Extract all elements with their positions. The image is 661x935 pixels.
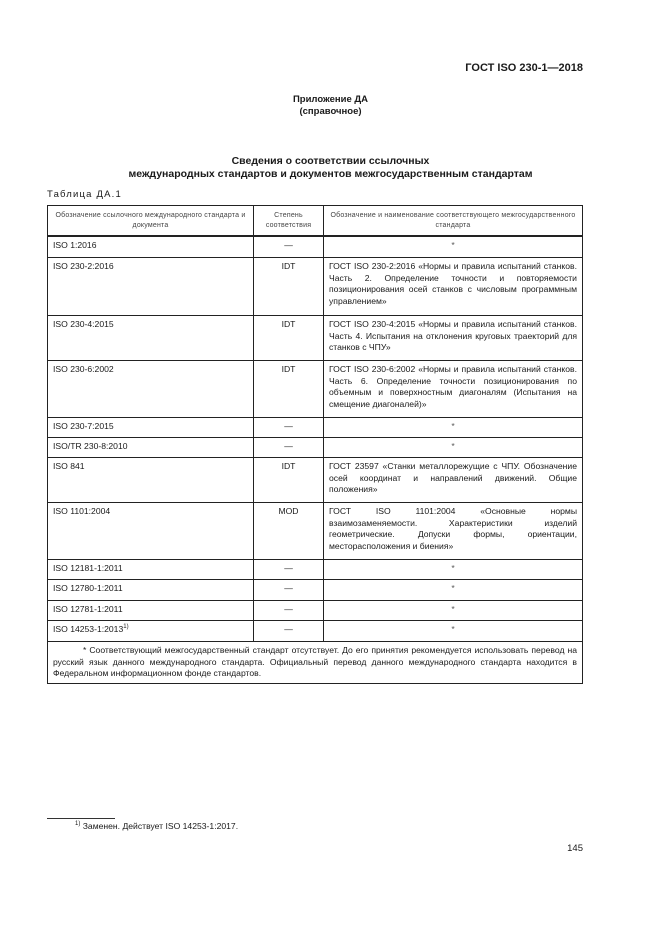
ref-standard-cell: ISO 841 [48, 458, 254, 503]
table-row: ISO 14253-1:20131)—* [48, 621, 583, 642]
gost-standard-cell: * [324, 236, 583, 258]
ref-standard-cell: ISO 1101:2004 [48, 503, 254, 560]
table-row: ISO 230-2:2016IDTГОСТ ISO 230-2:2016 «Но… [48, 258, 583, 316]
ref-standard: ISO/TR 230-8:2010 [53, 441, 128, 451]
gost-standard-cell: * [324, 580, 583, 601]
table-label: Таблица ДА.1 [47, 189, 122, 200]
degree-cell: — [254, 560, 324, 580]
gost-standard-cell: * [324, 621, 583, 642]
table-note-text: * Соответствующий межгосударственный ста… [53, 645, 577, 678]
gost-standard-cell: ГОСТ 23597 «Станки металлорежущие с ЧПУ.… [324, 458, 583, 503]
degree-cell: IDT [254, 316, 324, 361]
degree-cell: — [254, 580, 324, 601]
ref-standard: ISO 230-4:2015 [53, 319, 114, 329]
ref-standard: ISO 841 [53, 461, 85, 471]
table-row: ISO 230-4:2015IDTГОСТ ISO 230-4:2015 «Но… [48, 316, 583, 361]
degree-cell: — [254, 621, 324, 642]
table-row: ISO 230-6:2002IDTГОСТ ISO 230-6:2002 «Но… [48, 361, 583, 418]
ref-standard: ISO 12780-1:2011 [53, 583, 123, 593]
gost-standard-cell: * [324, 560, 583, 580]
ref-standard: ISO 12181-1:2011 [53, 563, 123, 573]
ref-standard: ISO 12781-1:2011 [53, 604, 123, 614]
table-row: ISO 12780-1:2011—* [48, 580, 583, 601]
ref-standard-cell: ISO 14253-1:20131) [48, 621, 254, 642]
ref-standard: ISO 1:2016 [53, 240, 96, 250]
ref-standard-cell: ISO 230-4:2015 [48, 316, 254, 361]
table-row: ISO 1:2016—* [48, 236, 583, 258]
table-header-row: Обозначение ссылочного международного ст… [48, 206, 583, 237]
table-row: ISO/TR 230-8:2010—* [48, 438, 583, 458]
degree-cell: — [254, 236, 324, 258]
degree-cell: MOD [254, 503, 324, 560]
appendix-subtitle: (справочное) [0, 106, 661, 118]
degree-cell: — [254, 418, 324, 438]
ref-standard: ISO 230-2:2016 [53, 261, 114, 271]
column-header-ref: Обозначение ссылочного международного ст… [48, 206, 254, 237]
table-note-row: * Соответствующий межгосударственный ста… [48, 642, 583, 684]
document-code: ГОСТ ISO 230-1—2018 [400, 62, 583, 74]
degree-cell: IDT [254, 361, 324, 418]
ref-standard: ISO 1101:2004 [53, 506, 110, 516]
table-note: * Соответствующий межгосударственный ста… [48, 642, 583, 684]
ref-standard: ISO 230-6:2002 [53, 364, 114, 374]
footnote-mark: 1) [75, 821, 80, 827]
ref-standard: ISO 230-7:2015 [53, 421, 114, 431]
footnote: 1) Заменен. Действует ISO 14253-1:2017. [75, 821, 238, 831]
ref-standard-cell: ISO 230-7:2015 [48, 418, 254, 438]
table-row: ISO 230-7:2015—* [48, 418, 583, 438]
gost-standard-cell: ГОСТ ISO 1101:2004 «Основные нормы взаим… [324, 503, 583, 560]
footnote-text: Заменен. Действует ISO 14253-1:2017. [83, 821, 238, 831]
gost-standard-cell: * [324, 418, 583, 438]
footnote-divider [47, 818, 115, 819]
gost-standard-cell: ГОСТ ISO 230-6:2002 «Нормы и правила исп… [324, 361, 583, 418]
table-row: ISO 841IDTГОСТ 23597 «Станки металлорежу… [48, 458, 583, 503]
ref-standard-cell: ISO/TR 230-8:2010 [48, 438, 254, 458]
ref-standard: ISO 14253-1:2013 [53, 624, 123, 634]
ref-standard-cell: ISO 12780-1:2011 [48, 580, 254, 601]
ref-standard-cell: ISO 12781-1:2011 [48, 601, 254, 621]
gost-standard-cell: ГОСТ ISO 230-4:2015 «Нормы и правила исп… [324, 316, 583, 361]
section-title-line1: Сведения о соответствии ссылочных [0, 155, 661, 168]
ref-standard-cell: ISO 230-2:2016 [48, 258, 254, 316]
appendix-title: Приложение ДА [0, 94, 661, 106]
degree-cell: IDT [254, 458, 324, 503]
degree-cell: — [254, 601, 324, 621]
degree-cell: IDT [254, 258, 324, 316]
table-row: ISO 1101:2004MODГОСТ ISO 1101:2004 «Осно… [48, 503, 583, 560]
ref-standard-cell: ISO 1:2016 [48, 236, 254, 258]
ref-standard-cell: ISO 230-6:2002 [48, 361, 254, 418]
gost-standard-cell: * [324, 438, 583, 458]
table-row: ISO 12181-1:2011—* [48, 560, 583, 580]
table-row: ISO 12781-1:2011—* [48, 601, 583, 621]
gost-standard-cell: * [324, 601, 583, 621]
column-header-degree: Степень соответствия [254, 206, 324, 237]
correspondence-table: Обозначение ссылочного международного ст… [47, 205, 583, 684]
ref-standard-cell: ISO 12181-1:2011 [48, 560, 254, 580]
column-header-gost: Обозначение и наименование соответствующ… [324, 206, 583, 237]
gost-standard-cell: ГОСТ ISO 230-2:2016 «Нормы и правила исп… [324, 258, 583, 316]
page-number: 145 [540, 843, 583, 854]
section-title-line2: международных стандартов и документов ме… [0, 168, 661, 181]
degree-cell: — [254, 438, 324, 458]
footnote-reference: 1) [123, 624, 128, 630]
